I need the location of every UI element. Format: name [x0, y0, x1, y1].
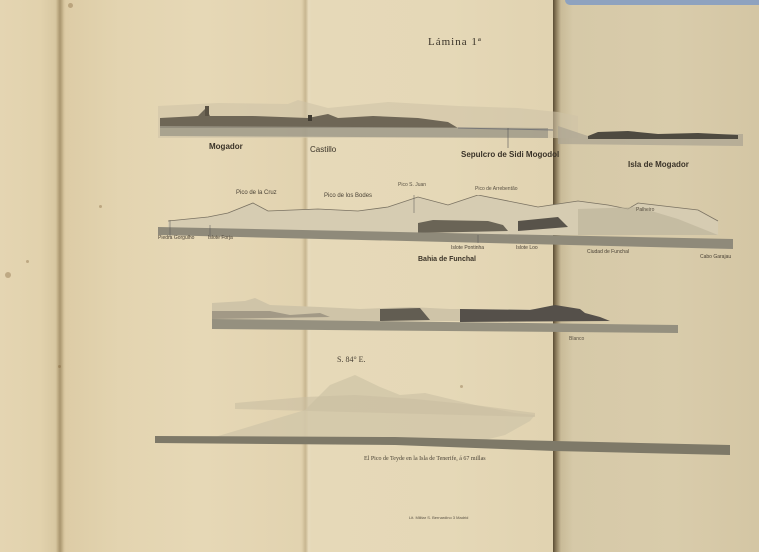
- label-ciudad-funchal: Ciudad de Funchal: [587, 250, 629, 255]
- label-mogador: Mogador: [209, 143, 243, 151]
- label-bahia-funchal: Bahia de Funchal: [418, 256, 476, 263]
- label-pico-cruz: Pico de la Cruz: [236, 190, 277, 196]
- label-pico-arrebentao: Pico de Arrebentão: [475, 187, 518, 192]
- label-blanco: Blanco: [569, 337, 584, 342]
- mogador-profile: [158, 98, 743, 148]
- right-page: [553, 0, 759, 552]
- teide-profile: [155, 365, 730, 457]
- foxing-spot: [5, 272, 11, 278]
- imprint: Lit. Militar S. Bernardino 3 Madrid: [409, 516, 468, 520]
- label-piedra-gorgulho: Piedra Gorgulho: [158, 236, 194, 241]
- fold-line-center: [302, 0, 312, 552]
- plate-title: Lámina 1ª: [428, 37, 482, 48]
- label-islote-pontinha: Islote Pontinha: [451, 246, 484, 251]
- coast-profile: [210, 295, 680, 340]
- foxing-spot: [58, 365, 61, 368]
- funchal-profile: [158, 195, 738, 250]
- label-pico-sjuan: Pico S. Juan: [398, 183, 426, 188]
- label-pico-bodes: Pico de los Bodes: [324, 193, 372, 199]
- fold-line-left: [56, 0, 64, 552]
- foxing-spot: [26, 260, 29, 263]
- label-cabo-garajau: Cabo Garajau: [700, 255, 731, 260]
- label-sepulcro: Sepulcro de Sidi Mogodol: [461, 151, 559, 159]
- foxing-spot: [99, 205, 102, 208]
- label-castillo: Castillo: [310, 146, 336, 154]
- plate-sheet: Lámina 1ª Mogador Castillo Sepulcro de S…: [0, 0, 759, 552]
- label-isla-mogador: Isla de Mogador: [628, 161, 689, 169]
- label-islote-forja: Islote Forja: [208, 236, 233, 241]
- foxing-spot: [68, 3, 73, 8]
- label-bearing: S. 84° E.: [337, 356, 366, 364]
- background-strip: [565, 0, 759, 5]
- label-palheiro: Palheiro: [636, 208, 654, 213]
- teide-caption: El Pico de Teyde en la Isla de Tenerife,…: [364, 456, 486, 462]
- label-islote-loo: Islote Loo: [516, 246, 538, 251]
